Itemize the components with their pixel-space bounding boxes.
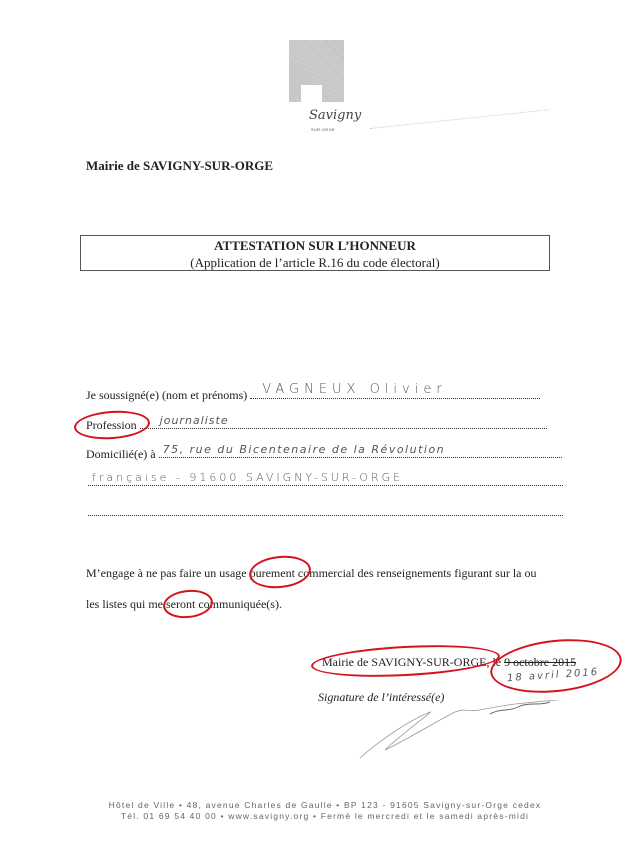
name-field-row: Je soussigné(e) (nom et prénoms) VAGNEUX…	[86, 388, 540, 403]
title-box: ATTESTATION SUR L’HONNEUR (Application d…	[80, 235, 550, 271]
issuer-heading: Mairie de SAVIGNY-SUR-ORGE	[86, 158, 273, 174]
address-label: Domicilié(e) à	[86, 447, 156, 461]
name-field[interactable]: VAGNEUX Olivier	[250, 388, 540, 399]
savigny-logo: Savigny SUR-ORGE	[289, 40, 344, 135]
commitment-text: communiquée(s).	[195, 597, 282, 611]
address-line2-row: française - 91600 SAVIGNY-SUR-ORGE	[88, 475, 563, 490]
document-title: ATTESTATION SUR L’HONNEUR	[81, 238, 549, 254]
footer: Hôtel de Ville • 48, avenue Charles de G…	[45, 800, 605, 822]
commitment-text: M’engage à ne pas faire un usage	[86, 566, 250, 580]
logo-subtitle: SUR-ORGE	[311, 127, 335, 132]
footer-address: Hôtel de Ville • 48, avenue Charles de G…	[45, 800, 605, 811]
place-text: Mairie de SAVIGNY-SUR-ORGE	[322, 655, 486, 669]
commitment-text: commercial des renseignements figurant s…	[295, 566, 537, 580]
logo-name: Savigny	[309, 108, 361, 123]
address-field-row: Domicilié(e) à 75, rue du Bicentenaire d…	[86, 447, 562, 462]
profession-label: Profession	[86, 418, 137, 432]
profession-value: journaliste	[160, 414, 229, 427]
highlight-purement: purement	[250, 566, 295, 580]
place-date-line: Mairie de SAVIGNY-SUR-ORGE, le 9 octobre…	[322, 655, 576, 670]
document-subtitle: (Application de l’article R.16 du code é…	[81, 255, 549, 271]
struck-date: 9 octobre 2015	[504, 655, 576, 669]
highlight-seront: seront	[166, 597, 195, 611]
name-label: Je soussigné(e) (nom et prénoms)	[86, 388, 247, 402]
decorative-line	[370, 109, 549, 129]
address-line2-value: française - 91600 SAVIGNY-SUR-ORGE	[92, 471, 403, 484]
address-field-line2[interactable]: française - 91600 SAVIGNY-SUR-ORGE	[88, 475, 563, 486]
logo-notch	[301, 85, 322, 105]
address-field-line3[interactable]	[88, 505, 563, 516]
commitment-text: les listes qui me	[86, 597, 166, 611]
commitment-line-2: les listes qui me seront communiquée(s).	[86, 597, 282, 612]
address-line3-row	[88, 505, 563, 520]
address-field-line1[interactable]: 75, rue du Bicentenaire de la Révolution	[159, 447, 562, 458]
signature-scribble	[340, 700, 600, 760]
connector-text: , le	[486, 655, 504, 669]
name-value: VAGNEUX Olivier	[262, 382, 446, 397]
profession-field-row: Profession journaliste	[86, 418, 547, 433]
commitment-line-1: M’engage à ne pas faire un usage puremen…	[86, 566, 537, 581]
address-line1-value: 75, rue du Bicentenaire de la Révolution	[163, 443, 446, 456]
profession-field[interactable]: journaliste	[140, 418, 547, 429]
footer-contact: Tél. 01 69 54 40 00 • www.savigny.org • …	[45, 811, 605, 822]
